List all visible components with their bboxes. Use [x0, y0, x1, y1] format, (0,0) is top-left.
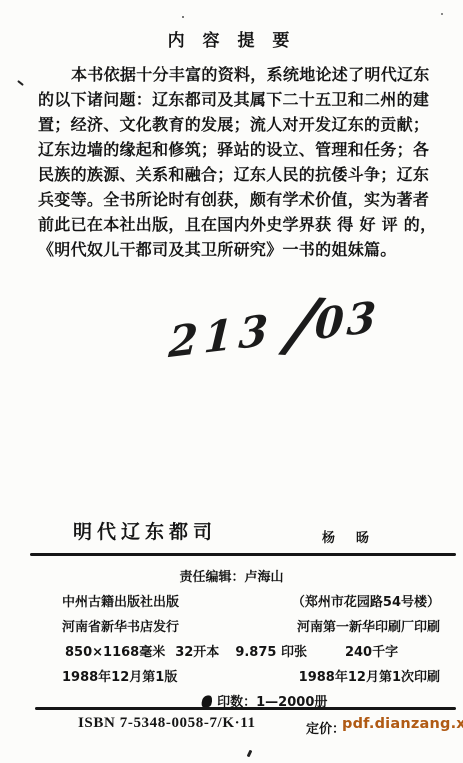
publisher-row: 中州古籍出版社出版 （郑州市花园路54号楼）: [0, 590, 463, 615]
abstract-line: 置；经济、文化教育的发展；流人对开发辽东的贡献；: [38, 112, 430, 137]
scan-artifact-mark: [247, 750, 253, 758]
abstract-paragraph: 本书依据十分丰富的资料，系统地论述了明代辽东的以下诸问题：辽东都司及其属下二十五…: [38, 62, 430, 262]
publisher-name: 中州古籍出版社出版: [62, 590, 179, 615]
scan-artifact-dot: [182, 16, 184, 18]
sheet-size: 850×1168毫米: [65, 640, 165, 665]
price-label: 定价：: [306, 718, 345, 737]
edition-row: 1988年12月第1版 1988年12月第1次印刷: [0, 665, 463, 690]
editor-line: 责任编辑：卢海山: [0, 565, 463, 590]
printing: 1988年12月第1次印刷: [299, 665, 440, 690]
watermark-text: pdf.dianzang.xyz: [342, 716, 463, 732]
format-row: 850×1168毫米 32开本 9.875 印张 240千字: [0, 640, 463, 665]
handwritten-call-number: 213/03: [167, 292, 380, 367]
publisher-address: （郑州市花园路54号楼）: [292, 590, 440, 615]
scan-artifact-dot: [441, 13, 443, 15]
divider-line-bottom: [35, 707, 456, 710]
abstract-line: 民族的族源、关系和融合；辽东人民的抗倭斗争；辽东: [38, 162, 430, 187]
abstract-line: 辽东边墙的缘起和修筑；驿站的设立、管理和任务；各: [38, 137, 430, 162]
abstract-line: 《明代奴儿干都司及其卫所研究》一书的姐妹篇。: [38, 237, 430, 262]
divider-line-top: [30, 553, 456, 556]
colophon: 责任编辑：卢海山 中州古籍出版社出版 （郑州市花园路54号楼） 河南省新华书店发…: [0, 565, 463, 715]
scan-artifact-mark: [17, 80, 24, 86]
book-author: 杨 旸: [322, 527, 373, 546]
abstract-line: 前此已在本社出版，且在国内外史学界获 得 好 评 的，: [38, 212, 430, 237]
page-title: 内 容 提 要: [0, 26, 463, 51]
book-title: 明代辽东都司: [73, 517, 217, 544]
abstract-line: 兵变等。全书所论时有创获，颇有学术价值，实为著者: [38, 187, 430, 212]
abstract-line: 本书依据十分丰富的资料，系统地论述了明代辽东: [38, 62, 430, 87]
isbn-text: ISBN 7-5348-0058-7/K·11: [78, 715, 256, 732]
word-count: 240千字: [345, 640, 398, 665]
book-format: 32开本: [175, 640, 219, 665]
abstract-line: 的以下诸问题：辽东都司及其属下二十五卫和二州的建: [38, 87, 430, 112]
distributor-name: 河南省新华书店发行: [62, 615, 179, 640]
edition: 1988年12月第1版: [62, 665, 177, 690]
print-sheets: 9.875 印张: [235, 640, 307, 665]
distribution-row: 河南省新华书店发行 河南第一新华印刷厂印刷: [0, 615, 463, 640]
printer-name: 河南第一新华印刷厂印刷: [297, 615, 440, 640]
print-run-row: 印数：1—2000册: [33, 690, 463, 715]
handwritten-number-right: 03: [314, 292, 381, 350]
book-copyright-page: 内 容 提 要 本书依据十分丰富的资料，系统地论述了明代辽东的以下诸问题：辽东都…: [0, 0, 463, 763]
handwritten-number-left: 213: [167, 305, 274, 368]
